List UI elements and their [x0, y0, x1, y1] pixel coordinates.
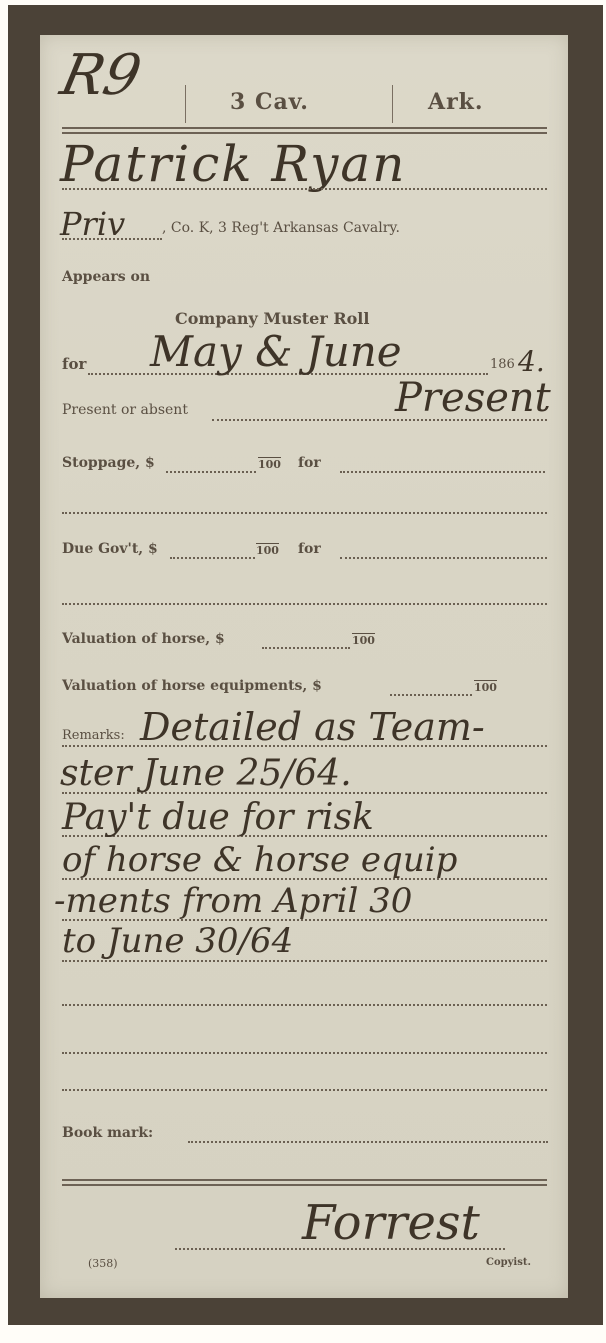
stoppage-for-line: [340, 471, 545, 473]
state-label: Ark.: [428, 89, 484, 115]
remarks-label: Remarks:: [62, 728, 125, 743]
remarks-text-3: Pay't due for risk: [62, 797, 374, 838]
stoppage-line-2: [62, 512, 547, 514]
blank-line-3: [62, 1089, 547, 1091]
unit-text: , Co. K, 3 Reg't Arkansas Cavalry.: [162, 220, 400, 236]
for-label: for: [62, 355, 86, 373]
year-printed: 186: [490, 357, 515, 372]
equip-cents: 100: [474, 680, 497, 693]
header-divider-2: [392, 85, 393, 123]
horse-amount-line: [262, 647, 350, 649]
horse-valuation-label: Valuation of horse, $: [62, 631, 225, 647]
soldier-name: Patrick Ryan: [60, 135, 406, 193]
stoppage-amount-line: [166, 471, 256, 473]
remarks-text-2: ster June 25/64.: [60, 753, 352, 794]
signature-line: [175, 1248, 505, 1250]
due-amount-line: [170, 557, 255, 559]
due-for: for: [298, 541, 321, 557]
roll-title: Company Muster Roll: [175, 309, 369, 328]
remarks-text-5: -ments from April 30: [54, 881, 412, 921]
footer-rule-bottom: [62, 1184, 547, 1186]
copyist-signature: Forrest: [302, 1195, 480, 1251]
stoppage-label: Stoppage, $: [62, 455, 155, 471]
code-mark: R9: [55, 43, 147, 108]
due-cents: 100: [256, 543, 279, 556]
stoppage-for: for: [298, 455, 321, 471]
copyist-label: Copyist.: [486, 1257, 531, 1268]
equip-valuation-label: Valuation of horse equipments, $: [62, 678, 322, 694]
for-value: May & June: [150, 327, 402, 376]
present-value: Present: [395, 375, 551, 421]
name-line: [62, 188, 547, 190]
book-mark-line: [188, 1141, 548, 1143]
remarks-text-4: of horse & horse equip: [62, 840, 457, 880]
stoppage-cents: 100: [258, 457, 281, 470]
muster-roll-card: R9 3 Cav. Ark. Patrick Ryan Priv , Co. K…: [40, 35, 568, 1298]
due-gov-label: Due Gov't, $: [62, 541, 158, 557]
blank-line-2: [62, 1052, 547, 1054]
footer-rule-top: [62, 1179, 547, 1181]
book-mark-label: Book mark:: [62, 1125, 153, 1141]
rank-line: [62, 238, 162, 240]
due-line-2: [62, 603, 547, 605]
horse-cents: 100: [352, 633, 375, 646]
header-rule-bottom: [62, 132, 547, 134]
present-label: Present or absent: [62, 402, 188, 418]
regiment-label: 3 Cav.: [230, 89, 309, 115]
form-number: (358): [88, 1257, 118, 1270]
header-rule-top: [62, 127, 547, 129]
remarks-text-1: Detailed as Team-: [140, 705, 485, 749]
due-for-line: [340, 557, 547, 559]
header-divider-1: [185, 85, 186, 123]
remarks-text-6: to June 30/64: [62, 921, 293, 961]
appears-on-label: Appears on: [62, 269, 150, 285]
equip-amount-line: [390, 694, 472, 696]
year-written: 4.: [518, 345, 545, 378]
blank-line-1: [62, 1004, 547, 1006]
